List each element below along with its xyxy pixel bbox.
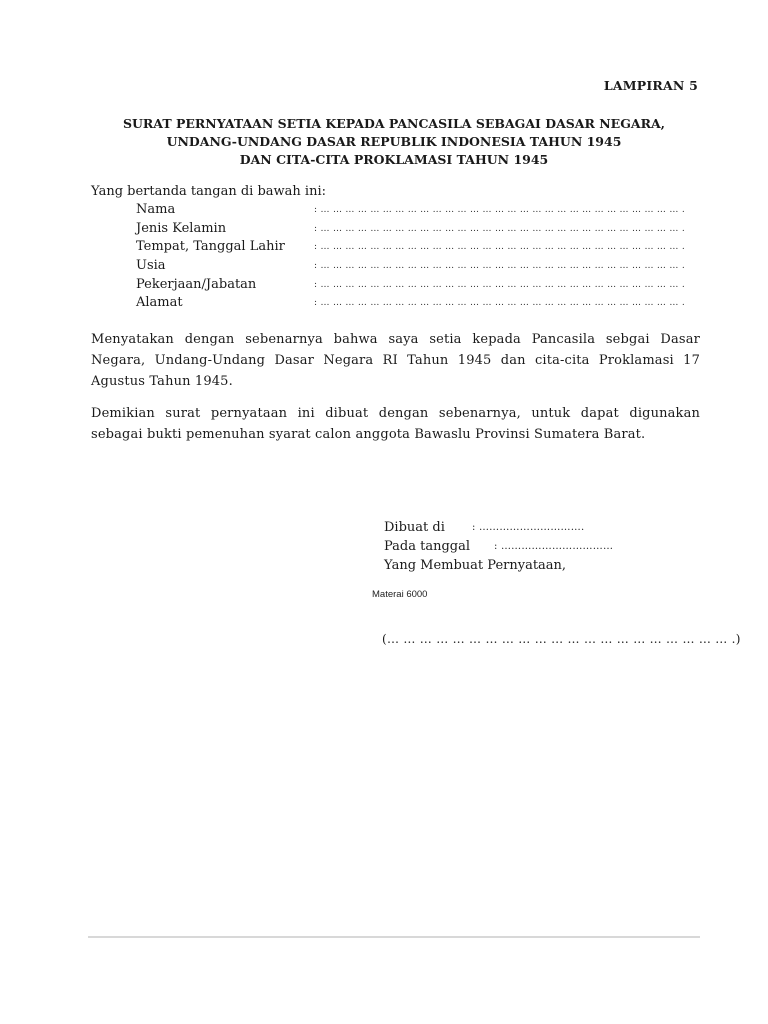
identity-fields: Nama : … … … … … … … … … … … … … … … … …… xyxy=(136,201,685,313)
field-label: Pekerjaan/Jabatan xyxy=(136,276,314,295)
field-blank: : … … … … … … … … … … … … … … … … … … … … xyxy=(314,220,685,239)
title-line-1: SURAT PERNYATAAN SETIA KEPADA PANCASILA … xyxy=(88,115,700,133)
field-label: Alamat xyxy=(136,294,314,313)
signature-name-blank: (… … … … … … … … … … … … … … … … … … … …… xyxy=(382,632,741,646)
place-row: Dibuat di : …………………………. xyxy=(384,518,613,537)
date-blank: : …………………………… xyxy=(494,537,613,556)
field-label: Nama xyxy=(136,201,314,220)
field-blank: : … … … … … … … … … … … … … … … … … … … … xyxy=(314,276,685,295)
declaration-paragraph: Menyatakan dengan sebenarnya bahwa saya … xyxy=(91,329,700,392)
title-line-3: DAN CITA-CITA PROKLAMASI TAHUN 1945 xyxy=(88,151,700,169)
document-page: LAMPIRAN 5 SURAT PERNYATAAN SETIA KEPADA… xyxy=(0,0,768,1024)
title-line-2: UNDANG-UNDANG DASAR REPUBLIK INDONESIA T… xyxy=(88,133,700,151)
stamp-note: Materai 6000 xyxy=(372,589,427,600)
field-blank: : … … … … … … … … … … … … … … … … … … … … xyxy=(314,238,685,257)
field-birthplace-date: Tempat, Tanggal Lahir : … … … … … … … … … xyxy=(136,238,685,257)
page-footer-divider xyxy=(88,936,700,938)
place-blank: : …………………………. xyxy=(472,518,584,537)
document-title: SURAT PERNYATAAN SETIA KEPADA PANCASILA … xyxy=(88,115,700,169)
field-blank: : … … … … … … … … … … … … … … … … … … … … xyxy=(314,257,685,276)
field-occupation: Pekerjaan/Jabatan : … … … … … … … … … … … xyxy=(136,276,685,295)
field-label: Usia xyxy=(136,257,314,276)
signer-label: Yang Membuat Pernyataan, xyxy=(384,556,566,575)
field-age: Usia : … … … … … … … … … … … … … … … … …… xyxy=(136,257,685,276)
place-label: Dibuat di xyxy=(384,518,472,537)
field-address: Alamat : … … … … … … … … … … … … … … … …… xyxy=(136,294,685,313)
field-blank: : … … … … … … … … … … … … … … … … … … … … xyxy=(314,294,685,313)
field-label: Tempat, Tanggal Lahir xyxy=(136,238,314,257)
signature-block: Dibuat di : …………………………. Pada tanggal : …… xyxy=(384,518,613,575)
field-label: Jenis Kelamin xyxy=(136,220,314,239)
date-label: Pada tanggal xyxy=(384,537,494,556)
attachment-label: LAMPIRAN 5 xyxy=(604,78,698,93)
field-gender: Jenis Kelamin : … … … … … … … … … … … … … xyxy=(136,220,685,239)
date-row: Pada tanggal : …………………………… xyxy=(384,537,613,556)
intro-text: Yang bertanda tangan di bawah ini: xyxy=(91,183,326,201)
closing-paragraph: Demikian surat pernyataan ini dibuat den… xyxy=(91,403,700,445)
field-blank: : … … … … … … … … … … … … … … … … … … … … xyxy=(314,201,685,220)
signer-row: Yang Membuat Pernyataan, xyxy=(384,556,613,575)
field-name: Nama : … … … … … … … … … … … … … … … … …… xyxy=(136,201,685,220)
